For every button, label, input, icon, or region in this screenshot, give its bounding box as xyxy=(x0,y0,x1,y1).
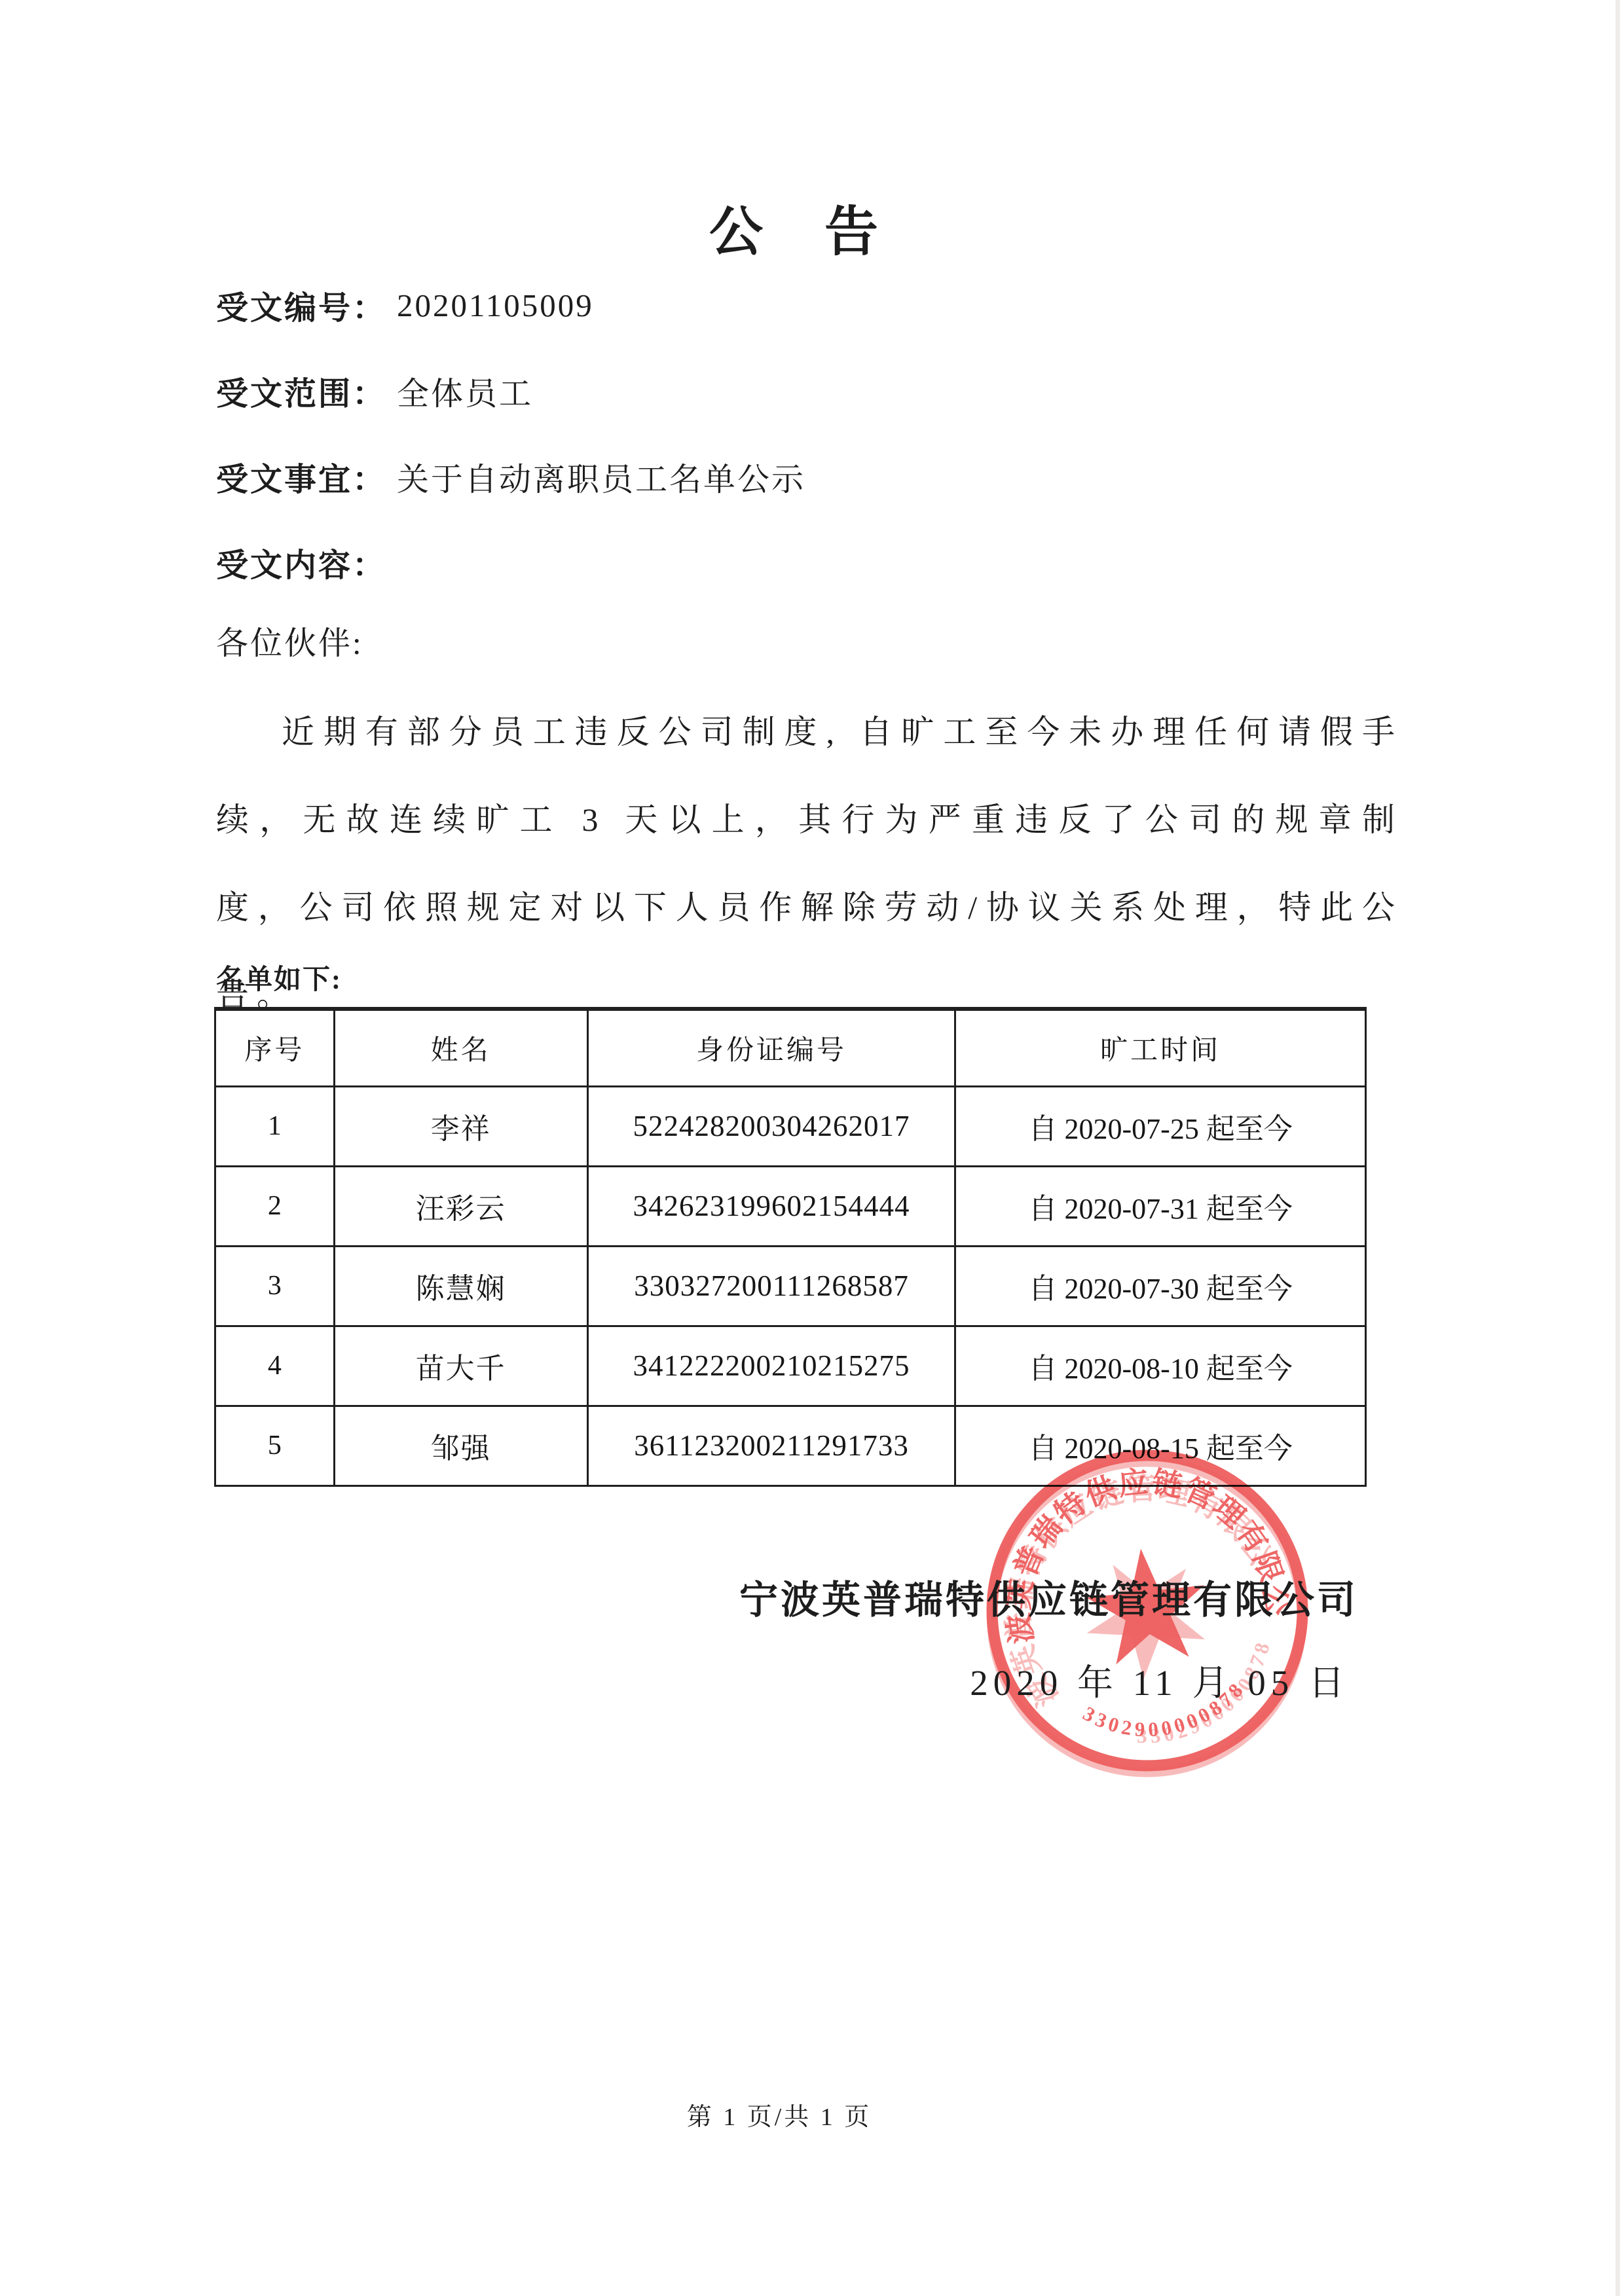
info-field: 受文编号：20201105009 xyxy=(216,263,805,348)
table-cell: 361123200211291733 xyxy=(587,1406,955,1485)
info-field: 受文内容： xyxy=(216,520,805,606)
info-field-label: 受文事宜： xyxy=(216,454,386,500)
table-cell: 342623199602154444 xyxy=(587,1166,955,1246)
table-cell: 汪彩云 xyxy=(334,1166,587,1246)
table-header-cell: 姓名 xyxy=(334,1009,587,1086)
info-field-value: 20201105009 xyxy=(397,287,594,324)
info-field-label: 受文范围： xyxy=(216,369,386,414)
table-header-cell: 旷工时间 xyxy=(955,1009,1366,1086)
signature-date: 2020 年 11 月 05 日 xyxy=(970,1663,1350,1704)
table-cell: 341222200210215275 xyxy=(587,1326,955,1406)
scan-edge-artifact xyxy=(1615,0,1620,2296)
table-row: 1李祥522428200304262017自 2020-07-25 起至今 xyxy=(215,1086,1366,1166)
document-page: 公 告 受文编号：20201105009受文范围：全体员工受文事宜：关于自动离职… xyxy=(0,0,1624,2296)
table-row: 3陈慧娴330327200111268587自 2020-07-30 起至今 xyxy=(215,1246,1366,1326)
table-cell: 邹强 xyxy=(334,1406,587,1485)
info-field-label: 受文内容： xyxy=(216,540,386,586)
signature-company: 宁波英普瑞特供应链管理有限公司 xyxy=(739,1578,1358,1622)
table-cell: 自 2020-07-31 起至今 xyxy=(955,1166,1366,1246)
page-title: 公 告 xyxy=(0,194,1591,271)
table-cell: 李祥 xyxy=(334,1086,587,1166)
table-header-row: 序号姓名身份证编号旷工时间 xyxy=(215,1009,1366,1086)
table-cell: 自 2020-07-30 起至今 xyxy=(955,1246,1366,1326)
info-field-label: 受文编号： xyxy=(216,283,386,329)
table-cell: 苗大千 xyxy=(334,1326,587,1406)
table-cell: 330327200111268587 xyxy=(587,1246,955,1326)
table-header-cell: 序号 xyxy=(215,1009,335,1086)
table-cell: 522428200304262017 xyxy=(587,1086,955,1166)
table-cell: 4 xyxy=(215,1326,335,1406)
info-field: 受文事宜：关于自动离职员工名单公示 xyxy=(216,434,805,520)
page-footer: 第 1 页/共 1 页 xyxy=(0,2100,1559,2134)
info-field-value: 关于自动离职员工名单公示 xyxy=(397,454,805,500)
table-cell: 陈慧娴 xyxy=(334,1246,587,1326)
table-cell: 5 xyxy=(215,1406,335,1485)
table-cell: 自 2020-07-25 起至今 xyxy=(955,1086,1366,1166)
table-row: 2汪彩云342623199602154444自 2020-07-31 起至今 xyxy=(215,1166,1366,1246)
table-header-cell: 身份证编号 xyxy=(587,1009,955,1086)
info-field-value: 全体员工 xyxy=(397,369,533,414)
table-cell: 3 xyxy=(215,1246,335,1326)
table-cell: 1 xyxy=(215,1086,335,1166)
info-fields: 受文编号：20201105009受文范围：全体员工受文事宜：关于自动离职员工名单… xyxy=(216,263,805,606)
list-intro: 名单如下: xyxy=(216,964,342,996)
table-cell: 2 xyxy=(215,1166,335,1246)
salutation: 各位伙伴: xyxy=(216,622,363,665)
info-field: 受文范围：全体员工 xyxy=(216,348,805,434)
body-paragraph: 近期有部分员工违反公司制度, 自旷工至今未办理任何请假手续，无故连续旷工 3 天… xyxy=(216,688,1403,1039)
